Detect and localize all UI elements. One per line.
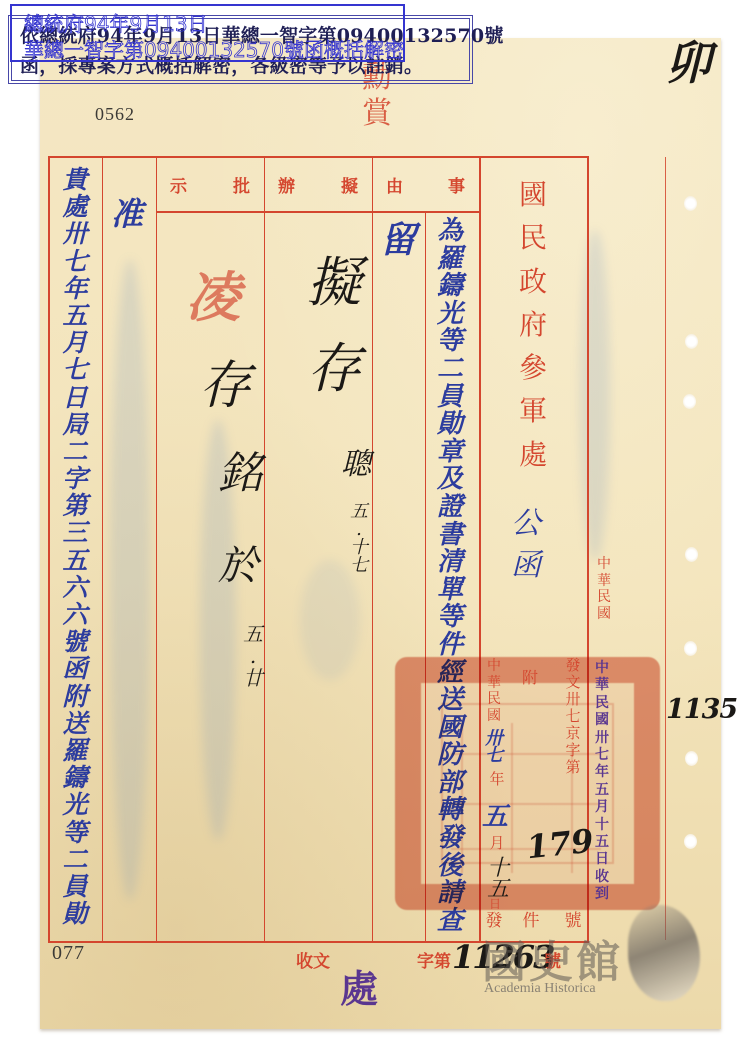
char: 府	[513, 303, 553, 346]
char: 卅	[563, 691, 583, 708]
archive-number-top: 0562	[95, 104, 135, 125]
char: 羅	[425, 246, 475, 274]
char: 中	[592, 660, 612, 677]
header-char: 由	[386, 172, 403, 197]
punch-hole	[685, 334, 698, 349]
dispatch-day-unit: 日	[489, 898, 501, 910]
dispatch-number-label: 發文卅七京字第	[563, 657, 583, 776]
char: 五	[50, 547, 100, 574]
dispatch-month-unit: 月	[489, 836, 504, 851]
char: 國	[592, 712, 612, 729]
char: 員	[50, 873, 100, 900]
char: 京	[563, 725, 583, 742]
char: 等	[50, 819, 100, 846]
char: 七	[50, 248, 100, 275]
document-scan: 批 示 擬 辦 事 由 國民政府參軍處 公函 中華民國 貴處卅七年五月七日局二字…	[0, 0, 752, 1050]
char: 七	[347, 557, 371, 575]
receipt-label: 收文	[296, 947, 330, 972]
char: 羅	[50, 737, 100, 764]
char: 中	[484, 658, 504, 675]
received-date-stamp: 中華民國卅七年五月十五日收到	[592, 660, 612, 903]
char: 員	[425, 384, 475, 412]
char: 字	[50, 465, 100, 492]
char: 國	[484, 708, 504, 725]
char: 件	[425, 632, 475, 660]
seal-pattern	[461, 723, 463, 873]
instruction-char: 銘	[218, 452, 262, 496]
char: 文	[563, 674, 583, 691]
column-divider	[264, 156, 265, 943]
char: 函	[503, 545, 549, 587]
char: .	[241, 645, 265, 667]
char: 華	[594, 573, 614, 590]
attachment-label: 附	[522, 670, 538, 686]
char: 國	[594, 606, 614, 623]
dispatch-serial: 179	[525, 825, 595, 864]
header-proposal: 擬 辦	[264, 157, 372, 212]
char: 三	[50, 519, 100, 546]
char: 民	[513, 216, 553, 259]
proposal-char: 存	[307, 342, 361, 396]
char: 十	[592, 817, 612, 834]
char: 證	[425, 494, 475, 522]
header-char: 擬	[341, 172, 358, 197]
char: 二	[425, 356, 475, 384]
char: 處	[50, 193, 100, 220]
char: 第	[50, 492, 100, 519]
margin-rule	[665, 157, 666, 940]
char: 七	[479, 747, 509, 764]
char: 軍	[513, 389, 553, 432]
char: 發	[563, 657, 583, 674]
char: 七	[50, 356, 100, 383]
char: 國	[513, 173, 553, 216]
ink-bleed	[580, 230, 610, 560]
country-label: 中華民國	[594, 556, 614, 622]
ink-bleed	[300, 560, 360, 680]
instruction-date: 五.廿	[241, 623, 265, 689]
char: 送	[50, 710, 100, 737]
char: 局	[50, 411, 100, 438]
char: 等	[425, 604, 475, 632]
char: 章	[425, 439, 475, 467]
char: 七	[563, 708, 583, 725]
char: 月	[592, 799, 612, 816]
issuer-title: 國民政府參軍處	[513, 173, 553, 476]
char: 卅	[592, 730, 612, 747]
char: 函	[50, 655, 100, 682]
seal-pattern	[451, 803, 601, 805]
instruction-char: 存	[199, 360, 251, 412]
char: 五	[592, 834, 612, 851]
char: 鑄	[50, 764, 100, 791]
receiving-seal	[395, 657, 660, 910]
dispatch-year-unit: 年	[489, 772, 504, 787]
char: 五	[50, 302, 100, 329]
column-divider	[156, 156, 157, 943]
char: 附	[50, 683, 100, 710]
punch-hole	[684, 641, 697, 656]
char: 號	[50, 628, 100, 655]
char: 十	[483, 858, 513, 879]
char: 書	[425, 522, 475, 550]
proposal-date: 五.十七	[347, 503, 371, 575]
char: 光	[425, 301, 475, 329]
char: 民	[594, 589, 614, 606]
header-subject: 事 由	[372, 157, 479, 212]
char: 等	[425, 328, 475, 356]
margin-number: 1135	[666, 694, 737, 725]
watermark-english: Academia Historica	[484, 981, 596, 997]
char: 政	[513, 260, 553, 303]
char: 六	[50, 601, 100, 628]
punch-hole	[685, 751, 698, 766]
char: 查	[425, 908, 475, 936]
header-instruction: 批 示	[156, 157, 264, 212]
char: 華	[484, 675, 504, 692]
archive-number-bottom: 077	[52, 942, 85, 965]
char: 光	[50, 791, 100, 818]
header-char: 事	[448, 172, 465, 197]
doc-type: 公函	[503, 503, 549, 587]
punch-hole	[685, 547, 698, 562]
char: 貴	[50, 166, 100, 193]
approval-text: 准	[111, 198, 143, 230]
dispatch-year: 卅七	[479, 730, 509, 764]
char: 年	[592, 764, 612, 781]
header-char: 批	[233, 172, 250, 197]
declassification-outline-stamp: 總統府94年9月13日 華總一智字第09400132570號函概括解密	[10, 4, 405, 62]
char: 公	[503, 503, 549, 545]
punch-hole	[684, 196, 697, 211]
char: 勛	[425, 411, 475, 439]
outline-line-2: 華總一智字第09400132570號函概括解密	[24, 34, 404, 63]
char: 廿	[241, 667, 265, 689]
char: 收	[592, 869, 612, 886]
proposal-signature: 聰	[341, 450, 371, 480]
instruction-char: 於	[218, 546, 258, 586]
char: 參	[513, 346, 553, 389]
subject-mark: 留	[380, 222, 416, 258]
char: 五	[592, 782, 612, 799]
char: 為	[425, 218, 475, 246]
header-char: 辦	[278, 172, 295, 197]
punch-hole	[683, 394, 696, 409]
char: 七	[592, 747, 612, 764]
receipt-number-prefix: 字第	[417, 947, 451, 972]
header-char: 示	[170, 172, 187, 197]
char: 華	[592, 677, 612, 694]
char: 二	[50, 438, 100, 465]
receipt-office: 處	[340, 958, 378, 1013]
char: 卅	[50, 220, 100, 247]
ink-bleed	[110, 260, 150, 900]
char: 處	[513, 433, 553, 476]
column-divider	[372, 156, 373, 943]
char: 及	[425, 466, 475, 494]
dispatch-day: 十五	[483, 858, 513, 900]
char: 月	[50, 329, 100, 356]
char: 民	[484, 691, 504, 708]
char: 第	[563, 759, 583, 776]
char: 民	[592, 695, 612, 712]
char: 六	[50, 574, 100, 601]
dispatch-month: 五	[482, 804, 508, 830]
char: 單	[425, 577, 475, 605]
char: 字	[563, 742, 583, 759]
column-divider	[102, 156, 103, 943]
char: 中	[594, 556, 614, 573]
proposal-char: 擬	[307, 256, 361, 310]
approver-seal: 凌	[186, 270, 240, 324]
reference-text: 貴處卅七年五月七日局二字第三五六六號函附送羅鑄光等二員勛	[50, 166, 100, 927]
char: 年	[50, 275, 100, 302]
char: 賞	[359, 96, 395, 132]
char: 日	[50, 384, 100, 411]
char: 二	[50, 846, 100, 873]
outline-line-1: 總統府94年9月13日	[24, 8, 208, 37]
char: 日	[592, 851, 612, 868]
punch-hole	[684, 834, 697, 849]
corner-mark: 卯	[665, 40, 711, 86]
char: 清	[425, 549, 475, 577]
char: 五	[241, 623, 265, 645]
char: 到	[592, 886, 612, 903]
char: 勛	[50, 900, 100, 927]
seal-pattern	[511, 723, 513, 873]
dispatch-date-prefix: 中華民國	[484, 658, 504, 724]
char: 鑄	[425, 273, 475, 301]
